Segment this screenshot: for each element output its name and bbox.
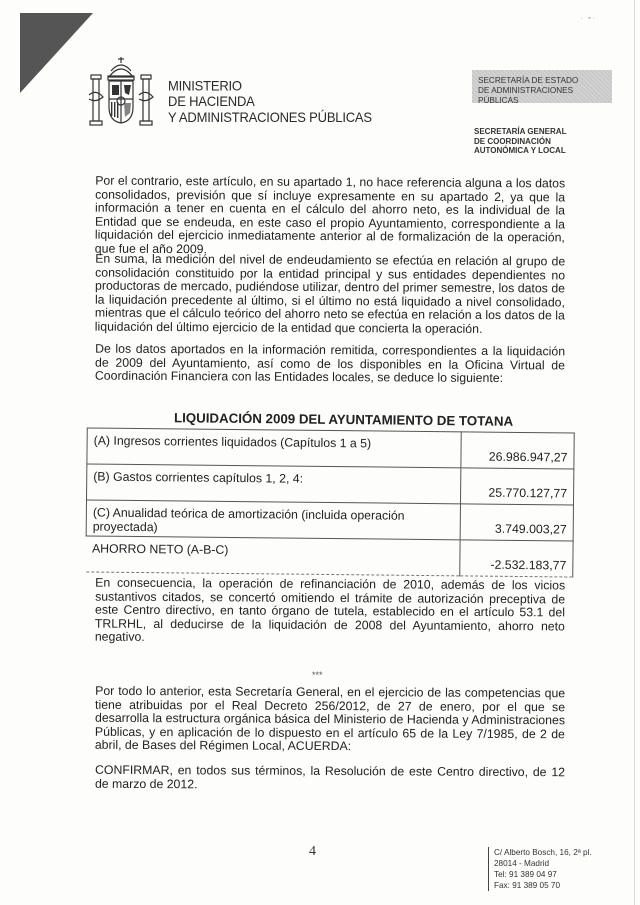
sec-general-line: DE COORDINACIÓN bbox=[474, 137, 566, 147]
spain-coat-of-arms-icon bbox=[85, 55, 157, 131]
page-edge bbox=[634, 0, 635, 905]
ministry-line: Y ADMINISTRACIONES PÚBLICAS bbox=[168, 109, 372, 125]
paragraph-confirmar: CONFIRMAR, en todos sus términos, la Res… bbox=[95, 764, 565, 794]
paragraph-en-consecuencia: En consecuencia, la operación de refinan… bbox=[95, 577, 565, 648]
address-line: Fax: 91 389 05 70 bbox=[494, 880, 592, 891]
row-value: 25.770.127,77 bbox=[460, 468, 573, 505]
secretaria-general-heading: SECRETARÍA GENERAL DE COORDINACIÓN AUTON… bbox=[474, 127, 566, 156]
row-value: 3.749.003,27 bbox=[460, 504, 573, 541]
ministry-line: DE HACIENDA bbox=[168, 94, 372, 110]
corner-scan-artifact bbox=[20, 13, 93, 93]
table-row: (B) Gastos corrientes capítulos 1, 2, 4:… bbox=[87, 464, 574, 505]
paragraph-text: Por el contrario, este artículo, en su a… bbox=[95, 175, 565, 259]
address-line: C/ Alberto Bosch, 16, 2ª pl. bbox=[494, 847, 592, 858]
section-separator: *** bbox=[312, 670, 323, 680]
row-label: (C) Anualidad teórica de amortización (i… bbox=[86, 500, 460, 540]
row-label: (B) Gastos corrientes capítulos 1, 2, 4: bbox=[87, 464, 461, 504]
stamp-line: SECRETARÍA DE ESTADO bbox=[478, 76, 612, 86]
paragraph-datos-consolidados: Por el contrario, este artículo, en su a… bbox=[95, 175, 565, 259]
paragraph-por-todo-lo-anterior: Por todo lo anterior, esta Secretaría Ge… bbox=[95, 685, 565, 755]
secretaria-estado-stamp: SECRETARÍA DE ESTADO DE ADMINISTRACIONES… bbox=[472, 70, 612, 103]
paragraph-text: En consecuencia, la operación de refinan… bbox=[95, 577, 565, 648]
table-row: AHORRO NETO (A-B-C)-2.532.183,77 bbox=[86, 536, 573, 577]
scan-specks: · ▪ · bbox=[580, 15, 595, 22]
row-value: 26.986.947,27 bbox=[461, 432, 574, 469]
row-label: AHORRO NETO (A-B-C) bbox=[86, 536, 460, 576]
address-line: 28014 - Madrid bbox=[494, 858, 592, 869]
row-value: -2.532.183,77 bbox=[460, 540, 573, 577]
table-row: (C) Anualidad teórica de amortización (i… bbox=[86, 500, 573, 541]
table-title: LIQUIDACIÓN 2009 DEL AYUNTAMIENTO DE TOT… bbox=[174, 410, 513, 429]
paragraph-en-suma: En suma, la medición del nivel de endeud… bbox=[95, 253, 565, 337]
paragraph-datos-aportados: De los datos aportados en la información… bbox=[95, 343, 565, 387]
row-label: (A) Ingresos corrientes liquidados (Capí… bbox=[87, 428, 461, 468]
stamp-line: DE ADMINISTRACIONES PÚBLICAS bbox=[478, 86, 612, 106]
paragraph-text: CONFIRMAR, en todos sus términos, la Res… bbox=[95, 764, 565, 794]
footer-address: C/ Alberto Bosch, 16, 2ª pl. 28014 - Mad… bbox=[488, 847, 592, 891]
paragraph-text: En suma, la medición del nivel de endeud… bbox=[95, 253, 565, 337]
sec-general-line: AUTONÓMICA Y LOCAL bbox=[474, 146, 566, 156]
ministry-name: MINISTERIO DE HACIENDA Y ADMINISTRACIONE… bbox=[168, 78, 372, 125]
paragraph-text: Por todo lo anterior, esta Secretaría Ge… bbox=[95, 685, 565, 755]
ministry-line: MINISTERIO bbox=[168, 78, 372, 94]
page-number: 4 bbox=[309, 844, 316, 860]
sec-general-line: SECRETARÍA GENERAL bbox=[474, 127, 566, 137]
table-row: (A) Ingresos corrientes liquidados (Capí… bbox=[87, 428, 574, 469]
paragraph-text: De los datos aportados en la información… bbox=[95, 343, 565, 387]
address-line: Tel: 91 389 04 97 bbox=[494, 869, 592, 880]
liquidacion-table: (A) Ingresos corrientes liquidados (Capí… bbox=[85, 427, 574, 577]
